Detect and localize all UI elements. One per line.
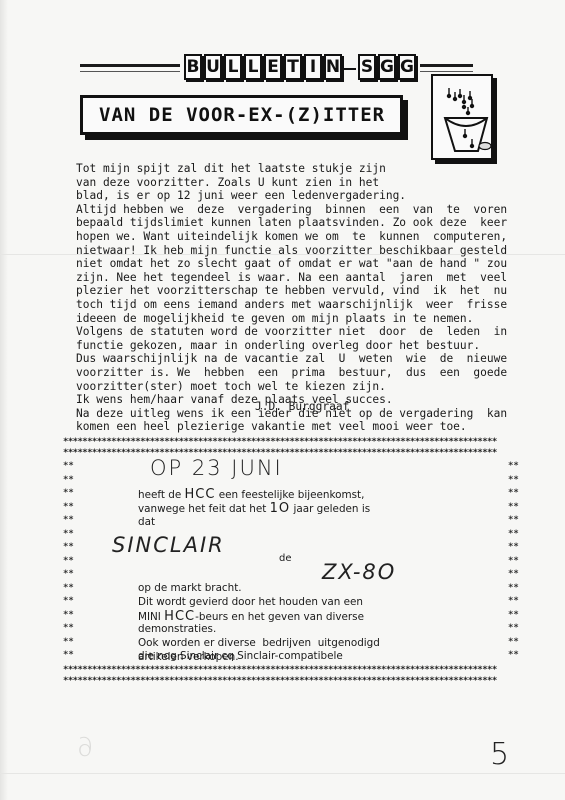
- de-text: de: [279, 553, 292, 564]
- article-line: voorzitter(ster) moet toch wel te kiezen…: [76, 380, 516, 394]
- banner-letter: N: [324, 54, 342, 80]
- article-line: Dus waarschijnlijk na de vacantie zal U …: [76, 352, 516, 366]
- bulletin-title: BULLETINSGG: [180, 54, 420, 84]
- banner-letter: T: [284, 54, 302, 80]
- announcement-line: vanwege het feit dat het 1O jaar geleden…: [138, 502, 370, 517]
- article-line: plezier het voorzitterschap te hebben ve…: [76, 284, 516, 298]
- banner-letter: B: [184, 54, 202, 80]
- announcement-line: artikelen verkopen.: [138, 651, 239, 665]
- article-line: hopen we. Want uiteindelijk komen we om …: [76, 230, 516, 244]
- article-line: komen een heel plezierige vakantie met v…: [76, 420, 516, 434]
- article-line: Volgens de statuten word de voorzitter n…: [76, 325, 516, 339]
- sinclair-text: SINCLAIR: [112, 533, 225, 557]
- banner-letter: G: [398, 54, 416, 80]
- article-line: bepaald tijdslimiet kunnen laten plaatsv…: [76, 216, 516, 230]
- announcement-line: dat: [138, 516, 155, 530]
- announcement-heading: OP 23 JUNI: [150, 456, 283, 480]
- bleed-through-page-number: 6: [77, 733, 94, 763]
- article-line: Altijd hebben we deze vergadering binnen…: [76, 203, 516, 217]
- star-border-left: ** ** ** ** ** ** ** ** ** ** ** ** ** *…: [63, 460, 74, 663]
- banner-letter: G: [378, 54, 396, 80]
- article-line: nietwaar! Ik heb mijn functie als voorzi…: [76, 244, 516, 258]
- article-title: VAN DE VOOR-EX-(Z)ITTER: [80, 95, 403, 135]
- article-body: Tot mijn spijt zal dit het laatste stukj…: [76, 162, 516, 434]
- banner-letter: U: [204, 54, 222, 80]
- bucket-with-drops-icon: [431, 74, 493, 160]
- article-line: niet omdat het zo slecht gaat of omdat e…: [76, 257, 516, 271]
- banner-gap: [344, 68, 356, 70]
- announcement-line: demonstraties.: [138, 623, 216, 637]
- banner-letter: S: [358, 54, 376, 80]
- article-line: ideeen de mogelijkheid te geven om mijn …: [76, 312, 516, 326]
- signature: J.D. Burggraaf: [255, 400, 349, 413]
- page-number: 5: [490, 737, 509, 772]
- article-line: blad, is er op 12 juni weer een ledenver…: [76, 189, 516, 203]
- banner-letter: E: [264, 54, 282, 80]
- page-edge-shadow: [0, 0, 8, 800]
- article-line: toch tijd om eens iemand anders met waar…: [76, 298, 516, 312]
- announcement-line: Ook worden er diverse bedrijven uitgenod…: [138, 637, 380, 651]
- star-border-top: ****************************************…: [63, 448, 523, 459]
- banner-letter: L: [224, 54, 242, 80]
- banner-letter: I: [304, 54, 322, 80]
- hcc-logo-text: HCC: [185, 487, 216, 502]
- star-border-bottom: ****************************************…: [63, 676, 523, 687]
- zx80-text: ZX-8O: [322, 560, 396, 584]
- bleed-through-line: [0, 773, 565, 774]
- article-line: Tot mijn spijt zal dit het laatste stukj…: [76, 162, 516, 176]
- star-border-top: ****************************************…: [63, 437, 523, 448]
- announcement-line: op de markt bracht.: [138, 582, 242, 596]
- article-line: functie gekozen, maar in onderling overl…: [76, 339, 516, 353]
- article-line: voorzitter is. We hebben een prima bestu…: [76, 366, 516, 380]
- announcement-line: Dit wordt gevierd door het houden van ee…: [138, 596, 363, 610]
- article-line: zijn. Nee het tegendeel is waar. Na een …: [76, 271, 516, 285]
- banner-letter: L: [244, 54, 262, 80]
- announcement-line: heeft de HCC een feestelijke bijeenkomst…: [138, 488, 364, 503]
- article-line: van deze voorzitter. Zoals U kunt zien i…: [76, 176, 516, 190]
- star-border-bottom: ****************************************…: [63, 665, 523, 676]
- star-border-right: ** ** ** ** ** ** ** ** ** ** ** ** ** *…: [508, 460, 519, 663]
